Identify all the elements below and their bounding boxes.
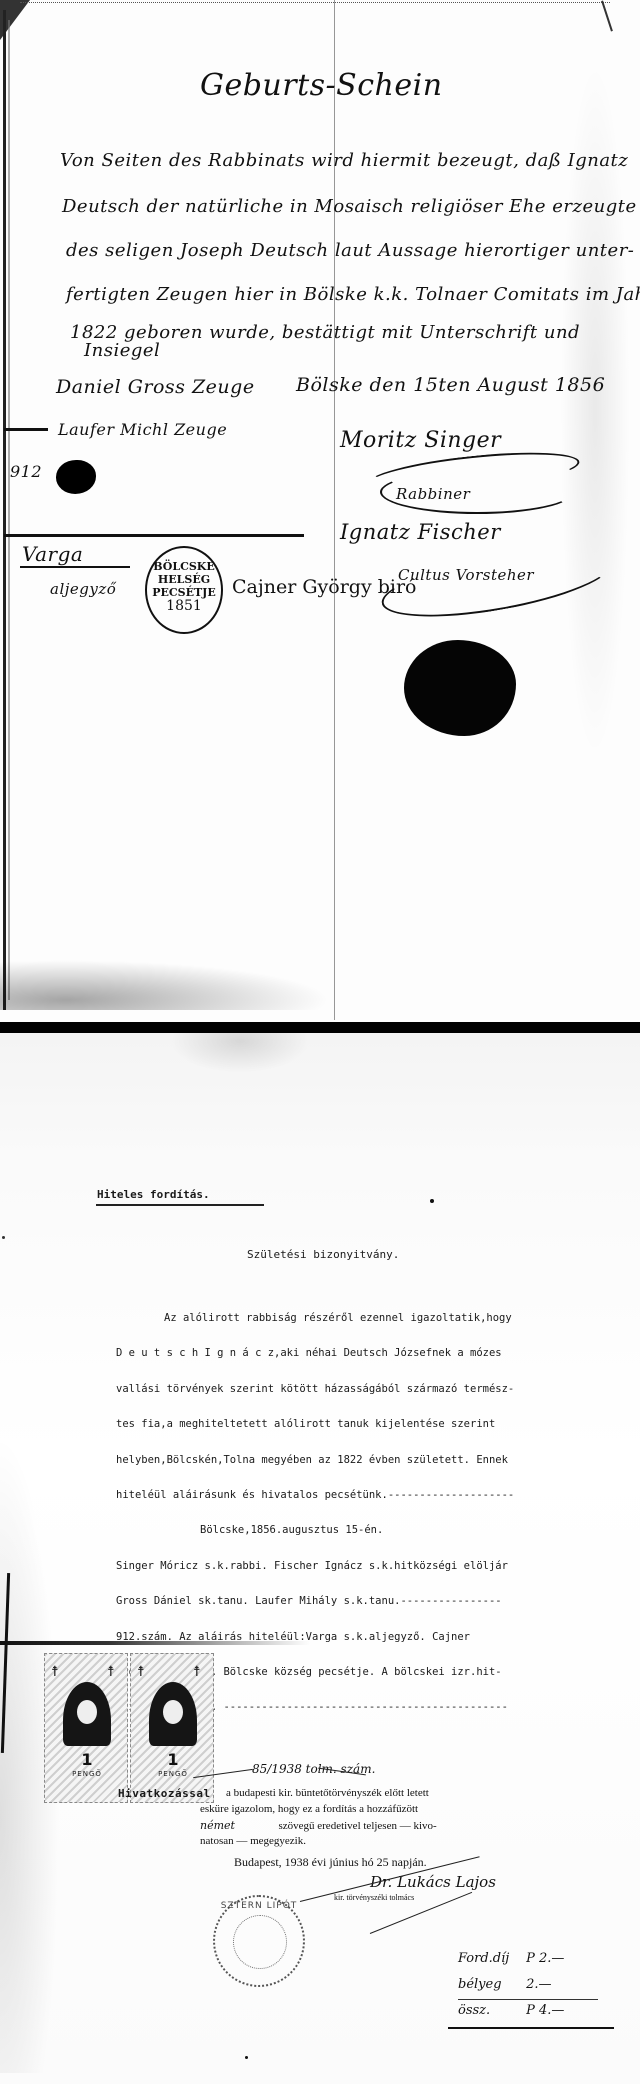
warden-signature: Ignatz Fischer	[340, 520, 501, 544]
ink-dot	[2, 1236, 5, 1239]
typed-line: D e u t s c h I g n á c z,aki néhai Deut…	[116, 1336, 514, 1371]
paper-stain	[0, 960, 330, 1010]
fee-label: bélyeg	[458, 1977, 522, 1992]
document-title: Geburts-Schein	[200, 68, 443, 103]
cross-icon: ☨	[51, 1664, 59, 1680]
heading-underline	[96, 1204, 264, 1206]
stamp-value: 1	[131, 1750, 215, 1769]
revenue-stamp: ☨ ☨ 1 PENGŐ	[130, 1653, 214, 1803]
stamp-text: HELSÉG	[147, 573, 221, 586]
handwritten-line: fertigten Zeugen hier in Bölske k.k. Tol…	[66, 284, 640, 305]
fee-label: össz.	[458, 2003, 522, 2018]
page-divider	[0, 1022, 640, 1033]
fee-list: Ford.díj P 2.— bélyeg 2.— össz. P 4.—	[458, 1951, 564, 2029]
cross-icon: ☨	[137, 1664, 145, 1680]
judge-signature: Cajner György biró	[232, 576, 417, 598]
ink-line	[20, 566, 130, 568]
ink-dot	[245, 2056, 248, 2059]
handwritten-language: német	[200, 1819, 235, 1832]
document-subtitle: Születési bizonyitvány.	[247, 1248, 399, 1261]
witness-signature: Laufer Michl Zeuge	[58, 420, 227, 439]
translation-heading: Hiteles fordítás.	[97, 1188, 210, 1201]
translator-signature: Dr. Lukács Lajos	[370, 1873, 496, 1891]
paper-shadow	[170, 1033, 310, 1073]
original-birth-certificate-page: Geburts-Schein Von Seiten des Rabbinats …	[0, 0, 640, 1022]
fee-amount: P 2.—	[526, 1951, 564, 1966]
seal-text: SZTERN LIPÓT	[215, 1901, 303, 1911]
certification-ref-label: Hivatkozással	[118, 1787, 211, 1800]
typed-line: hiteléül aláirásunk és hivatalos pecsétü…	[116, 1478, 514, 1513]
fee-amount: P 4.—	[526, 2003, 564, 2018]
clerk-title: aljegyző	[50, 580, 116, 598]
certified-translation-page: Hiteles fordítás. Születési bizonyitvány…	[0, 1033, 640, 2084]
stamp-value: 1	[45, 1750, 129, 1769]
certification-text: esküre igazolom, hogy ez a fordítás a ho…	[200, 1803, 418, 1815]
cross-icon: ☨	[193, 1664, 201, 1680]
warden-title: Cultus Vorsteher	[398, 566, 534, 584]
fee-label: Ford.díj	[458, 1951, 522, 1966]
stamp-text: BÖLCSKE	[147, 560, 221, 573]
typed-line: Singer Móricz s.k.rabbi. Fischer Ignácz …	[116, 1549, 514, 1584]
top-edge	[20, 2, 610, 4]
page-edge-shadow	[8, 20, 10, 1000]
typed-line: Bölcske,1856.augusztus 15-én.	[116, 1513, 514, 1548]
cross-icon: ☨	[107, 1664, 115, 1680]
typed-line: helyben,Bölcskén,Tolna megyében az 1822 …	[116, 1443, 514, 1478]
certification-text: a budapesti kir. büntetőtörvényszék előt…	[226, 1787, 429, 1799]
ink-line	[0, 1641, 310, 1645]
rabbi-title: Rabbiner	[396, 485, 470, 503]
typed-line: Az alólirott rabbiság részéről ezennel i…	[116, 1301, 514, 1336]
ink-line	[4, 534, 304, 537]
rabbi-signature: Moritz Singer	[340, 428, 501, 453]
typed-line: vallási törvények szerint kötött házassá…	[116, 1372, 514, 1407]
translator-seal: SZTERN LIPÓT	[213, 1895, 305, 1987]
stamp-currency: PENGŐ	[45, 1770, 129, 1778]
typed-line: Gross Dániel sk.tanu. Laufer Mihály s.k.…	[116, 1584, 514, 1619]
registration-number: 912	[10, 462, 42, 481]
handwritten-line: des seligen Joseph Deutsch laut Aussage …	[66, 240, 634, 261]
place-date: Bölske den 15ten August 1856	[296, 374, 605, 396]
handwritten-line: Von Seiten des Rabbinats wird hiermit be…	[60, 150, 628, 171]
certification-text-row: német szövegű eredetivel teljesen — kivo…	[200, 1819, 437, 1832]
seal-emblem	[233, 1915, 287, 1969]
ink-dot	[430, 1199, 434, 1203]
wax-seal	[56, 460, 96, 494]
fee-underline	[458, 1999, 598, 2000]
handwritten-line: Insiegel	[84, 340, 160, 361]
revenue-stamps: ☨ ☨ 1 PENGŐ ☨ ☨ 1 PENGŐ	[44, 1653, 214, 1803]
revenue-stamp: ☨ ☨ 1 PENGŐ	[44, 1653, 128, 1803]
fee-row: össz. P 4.—	[458, 2003, 564, 2029]
witness-signature: Daniel Gross Zeuge	[56, 376, 255, 398]
stamp-year: 1851	[147, 600, 221, 613]
certification-date: Budapest, 1938 évi június hó 25 napján.	[234, 1855, 427, 1870]
municipal-stamp: BÖLCSKE HELSÉG PECSÉTJE 1851	[145, 546, 223, 634]
crown-icon	[149, 1682, 197, 1746]
clerk-signature: Varga	[22, 542, 83, 566]
wax-seal	[404, 640, 516, 736]
certification-text: natosan — megegyezik.	[200, 1835, 306, 1847]
fee-row: Ford.díj P 2.—	[458, 1951, 564, 1977]
certification-text: szövegű eredetivel teljesen — kivo-	[278, 1820, 436, 1832]
typed-line: tes fia,a meghiteltetett alólirott tanuk…	[116, 1407, 514, 1442]
fee-amount: 2.—	[526, 1977, 551, 1992]
handwritten-line: Deutsch der natürliche in Mosaisch relig…	[62, 196, 640, 217]
page-edge	[3, 10, 6, 1010]
ink-line	[4, 428, 48, 431]
typed-line: 912.szám. Az aláirás hiteléül:Varga s.k.…	[116, 1620, 514, 1655]
fee-total-underline	[448, 2027, 614, 2029]
translator-title: kir. törvényszéki tolmács	[334, 1893, 414, 1902]
crown-icon	[63, 1682, 111, 1746]
corner-crease	[601, 0, 613, 31]
